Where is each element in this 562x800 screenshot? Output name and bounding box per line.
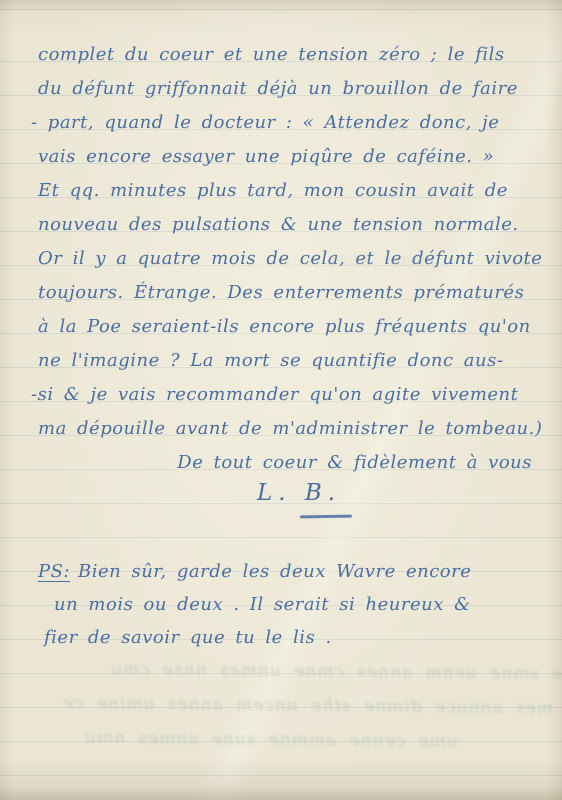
postscript-label: PS: — [38, 561, 70, 582]
postscript: PS:Bien sûr, garde les deux Wavre encore… — [38, 555, 542, 654]
postscript-line: un mois ou deux . Il serait si heureux & — [38, 588, 542, 621]
signature-initials: L. B. — [257, 480, 341, 506]
signature-underline — [300, 515, 352, 519]
postscript-line: PS:Bien sûr, garde les deux Wavre encore — [38, 555, 542, 588]
signature-block: L. B. — [0, 480, 562, 506]
letter-line: toujours. Étrange. Des enterrements prém… — [38, 276, 542, 310]
letter-line: Et qq. minutes plus tard, mon cousin ava… — [38, 174, 542, 208]
letter-page: complet du coeur et une tension zéro ; l… — [0, 0, 562, 800]
postscript-line: fier de savoir que tu le lis . — [38, 621, 542, 654]
letter-line: - part, quand le docteur : « Attendez do… — [31, 106, 542, 140]
letter-line: complet du coeur et une tension zéro ; l… — [38, 38, 542, 72]
letter-line: à la Poe seraient-ils encore plus fréque… — [38, 310, 542, 344]
letter-line: Or il y a quatre mois de cela, et le déf… — [38, 242, 542, 276]
bleedthrough-text: ume cenne ammne sune anmes nmu — [84, 728, 458, 752]
postscript-text: Bien sûr, garde les deux Wavre encore — [78, 561, 471, 582]
letter-line: du défunt griffonnait déjà un brouillon … — [38, 72, 542, 106]
letter-line: vais encore essayer une piqûre de caféin… — [38, 140, 542, 174]
closing-salutation: De tout coeur & fidèlement à vous — [38, 446, 532, 480]
letter-line: nouveau des pulsations & une tension nor… — [38, 208, 542, 242]
letter-line: -si & je vais recommander qu'on agite vi… — [31, 378, 542, 412]
letter-body: complet du coeur et une tension zéro ; l… — [38, 38, 542, 446]
bleedthrough-text: mes annuce dimne sthe uncem annes umine … — [62, 693, 553, 718]
bleedthrough-text: nmune smne uenm annes cmne unmes nnse cm… — [110, 659, 562, 684]
letter-line: ma dépouille avant de m'administrer le t… — [38, 412, 542, 446]
letter-line: ne l'imagine ? La mort se quantifie donc… — [38, 344, 542, 378]
